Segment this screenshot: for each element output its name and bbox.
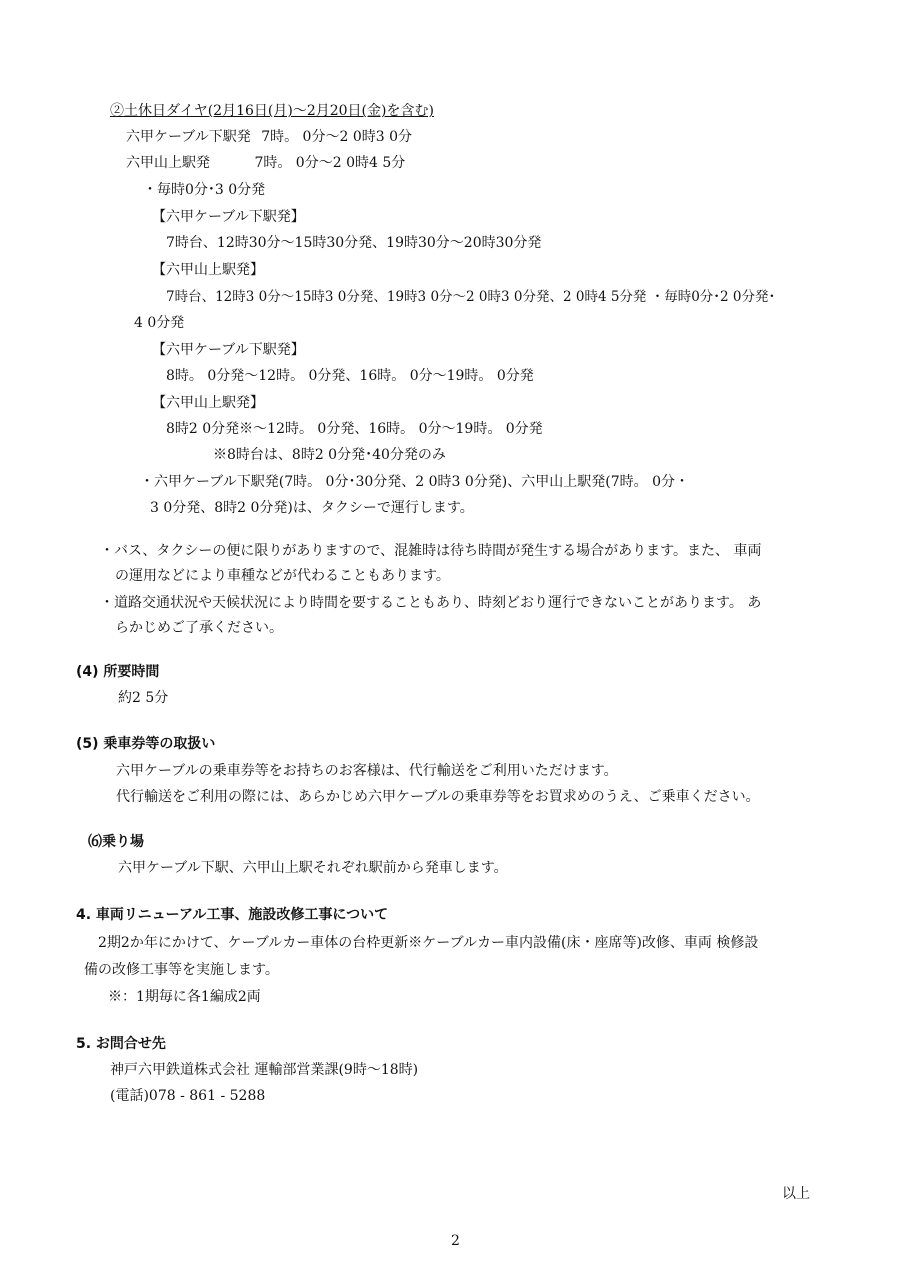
lower-station-times-2: 8時。 0分発～12時。 0分発、16時。 0分～19時。 0分発 <box>166 367 534 385</box>
chapter-contact-heading: 5. お問合せ先 <box>76 1035 166 1053</box>
section-boarding-body: 六甲ケーブル下駅、六甲山上駅それぞれ駅前から発車します。 <box>118 859 508 877</box>
upper-station-times-2: 8時2 0分発※～12時。 0分発、16時。 0分～19時。 0分発 <box>166 420 543 438</box>
section-tickets-body1: 六甲ケーブルの乗車券等をお持ちのお客様は、代行輸送をご利用いただけます。 <box>116 762 618 780</box>
chapter-renewal-note: ※：1期毎に各1編成2両 <box>108 988 261 1006</box>
chapter-renewal-heading: 4. 車両リニューアル工事、施設改修工事について <box>76 906 388 924</box>
section-tickets-body2: 代行輸送をご利用の際には、あらかじめ六甲ケーブルの乗車券等をお買求めのうえ、ご乗… <box>116 788 760 806</box>
summary-upper-range: 7時。 0分～2 0時4 5分 <box>254 155 405 171</box>
summary-lower-station: 六甲ケーブル下駅発 7時。 0分～2 0時3 0分 <box>126 128 412 146</box>
contact-phone: (電話)078 - 861 - 5288 <box>110 1087 265 1105</box>
summary-lower-range: 7時。 0分～2 0時3 0分 <box>261 129 412 145</box>
chapter-renewal-body1: 2期2か年にかけて、ケーブルカー車体の台枠更新※ケーブルカー車内設備(床・座席等… <box>98 934 758 952</box>
summary-lower-label: 六甲ケーブル下駅発 <box>126 129 251 145</box>
weekend-schedule-title: ②土休日ダイヤ(2月16日(月)～2月20日(金)を含む) <box>110 102 434 120</box>
every-30-bullet: ・毎時0分･3 0分発 <box>143 181 265 199</box>
note-traffic-line1: ・道路交通状況や天候状況により時間を要することもあり、時刻どおり運行できないこと… <box>100 594 761 612</box>
lower-station-times-1: 7時台、12時30分～15時30分発、19時30分～20時30分発 <box>166 234 541 252</box>
closing-mark: 以上 <box>782 1185 810 1203</box>
lower-station-label-2: 【六甲ケーブル下駅発】 <box>152 341 305 359</box>
note-congestion-line2: の運用などにより車種などが代わることもあります。 <box>115 567 450 585</box>
section-travel-time-body: 約2 5分 <box>118 689 168 707</box>
upper-station-label-1: 【六甲山上駅発】 <box>152 261 264 279</box>
summary-upper-station: 六甲山上駅発 7時。 0分～2 0時4 5分 <box>126 154 405 172</box>
note-congestion-line1: ・バス、タクシーの便に限りがありますので、混雑時は待ち時間が発生する場合がありま… <box>100 542 761 560</box>
contact-company: 神戸六甲鉄道株式会社 運輸部営業課(9時～18時) <box>110 1061 418 1079</box>
section-tickets-heading: (5) 乗車券等の取扱い <box>76 735 215 753</box>
chapter-renewal-body2: 備の改修工事等を実施します。 <box>84 961 279 979</box>
upper-station-label-2: 【六甲山上駅発】 <box>152 394 264 412</box>
taxi-note-line1: ・六甲ケーブル下駅発(7時。 0分･30分発、2 0時3 0分発)、六甲山上駅発… <box>140 473 689 491</box>
upper-station-times-1: 7時台、12時3 0分～15時3 0分発、19時3 0分～2 0時3 0分発、2… <box>166 288 775 306</box>
lower-station-label-1: 【六甲ケーブル下駅発】 <box>152 208 305 226</box>
upper-station-times-1-cont: 4 0分発 <box>134 314 184 332</box>
taxi-note-line2: 3 0分発、8時2 0分発)は、タクシーで運行します。 <box>150 499 474 517</box>
page-number: 2 <box>451 1232 460 1250</box>
section-travel-time-heading: (4) 所要時間 <box>76 663 159 681</box>
note-traffic-line2: らかじめご了承ください。 <box>115 619 283 637</box>
upper-station-note-2: ※8時台は、8時2 0分発･40分発のみ <box>213 446 446 464</box>
summary-upper-label: 六甲山上駅発 <box>126 155 210 171</box>
section-boarding-heading: ⑹乗り場 <box>88 833 144 851</box>
